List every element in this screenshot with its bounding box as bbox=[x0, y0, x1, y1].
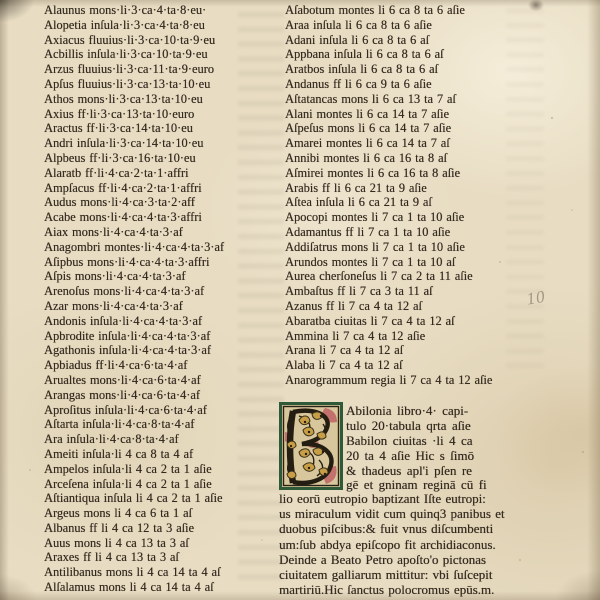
show-through-smudge-margin bbox=[506, 8, 544, 376]
index-entry: Agathonis inſula·li·4·ca·4·ta·3·af bbox=[44, 343, 260, 358]
index-entry: Arana li 7 ca 4 ta 12 aſ bbox=[285, 343, 510, 358]
index-entry: Arceſena inſula·li 4 ca 2 ta 1 aſie bbox=[44, 477, 260, 492]
index-entry: Arundos montes li 7 ca 1 ta 10 aſ bbox=[285, 255, 510, 270]
index-entry: Arabis ff li 6 ca 21 ta 9 aſie bbox=[285, 181, 510, 196]
index-entry: Aiax mons·li·4·ca·4·ta·3·af bbox=[44, 225, 260, 240]
index-column-left: Alaunus mons·li·3·ca·4·ta·8·eu·Alopetia … bbox=[44, 3, 260, 595]
index-entry: Aſtarta inſula·li·4·ca·8·ta·4·af bbox=[44, 417, 260, 432]
index-entry: Abaratba ciuitas li 7 ca 4 ta 12 aſ bbox=[285, 314, 510, 329]
index-entry: Arangas mons·li·4·ca·6·ta·4·af bbox=[44, 388, 260, 403]
index-entry: Ampelos inſula·li 4 ca 2 ta 1 aſie bbox=[44, 462, 260, 477]
index-entry: Aſmirei montes li 6 ca 16 ta 8 aſie bbox=[285, 166, 510, 181]
paragraph-line: lio eorū eutropio baptizant Iſte eutropi… bbox=[279, 491, 524, 506]
index-entry: Araa inſula li 6 ca 8 ta 6 aſie bbox=[285, 18, 510, 33]
index-entry: Azanus ff li 7 ca 4 ta 12 aſ bbox=[285, 299, 510, 314]
index-entry: Aſpis mons·li·4·ca·4·ta·3·af bbox=[44, 269, 260, 284]
index-entry: Aſipbus mons·li·4·ca·4·ta·3·affri bbox=[44, 255, 260, 270]
index-entry: Aſtiantiqua inſula li 4 ca 2 ta 1 aſie bbox=[44, 491, 260, 506]
index-entry: Aurea cherſoneſus li 7 ca 2 ta 11 aſie bbox=[285, 269, 510, 284]
index-entry: Alaunus mons·li·3·ca·4·ta·8·eu· bbox=[44, 3, 260, 18]
index-entry: Andanus ff li 6 ca 9 ta 6 aſie bbox=[285, 77, 510, 92]
paragraph-line: duobus piſcibus:& fuit vnus diſcumbenti bbox=[279, 521, 524, 536]
index-entry: Anagombri montes·li·4·ca·4·ta·3·af bbox=[44, 240, 260, 255]
index-entry: Arualtes mons·li·4·ca·6·ta·4·af bbox=[44, 373, 260, 388]
index-entry: Aſabotum montes li 6 ca 8 ta 6 aſie bbox=[285, 3, 510, 18]
index-entry: Aratbos inſula li 6 ca 8 ta 6 aſ bbox=[285, 62, 510, 77]
index-entry: Aſpeſus mons li 6 ca 14 ta 7 aſie bbox=[285, 121, 510, 136]
index-entry: Axiacus fluuius·li·3·ca·10·ta·9·eu bbox=[44, 33, 260, 48]
index-entry: Addiſatrus mons li 7 ca 1 ta 10 aſie bbox=[285, 240, 510, 255]
index-entry: Alſalamus mons li 4 ca 14 ta 4 aſ bbox=[44, 580, 260, 595]
index-entry: Alpbeus ff·li·3·ca·16·ta·10·eu bbox=[44, 151, 260, 166]
index-entry: Argeus mons li 4 ca 6 ta 1 aſ bbox=[44, 506, 260, 521]
index-entry: Adani inſula li 6 ca 8 ta 6 aſ bbox=[285, 33, 510, 48]
chapter-paragraph-body: lio eorū eutropio baptizant Iſte eutropi… bbox=[279, 491, 524, 597]
index-entry: Alaba li 7 ca 4 ta 12 aſ bbox=[285, 358, 510, 373]
index-entry: Andonis inſula·li·4·ca·4·ta·3·af bbox=[44, 314, 260, 329]
index-entry: Alaratb ff·li·4·ca·2·ta·1·affri bbox=[44, 166, 260, 181]
drop-cap-woodcut bbox=[279, 402, 343, 490]
index-entry: Audus mons·li·4·ca·3·ta·2·aff bbox=[44, 195, 260, 210]
index-entry: Aſtea inſula li 6 ca 21 ta 9 aſ bbox=[285, 195, 510, 210]
paragraph-line: ciuitatem galliarum mittitur: vbi ſuſcep… bbox=[279, 567, 524, 582]
index-entry: Arenoſus mons·li·4·ca·4·ta·3·af bbox=[44, 284, 260, 299]
paragraph-line: tulo 20·tabula qrta aſie bbox=[346, 419, 522, 434]
handwritten-folio-number: 10 bbox=[525, 285, 563, 316]
index-entry: Apbrodite inſula·li·4·ca·4·ta·3·af bbox=[44, 329, 260, 344]
index-column-right: Aſabotum montes li 6 ca 8 ta 6 aſieAraa … bbox=[285, 3, 510, 388]
index-entry: Ammina li 7 ca 4 ta 12 aſie bbox=[285, 329, 510, 344]
paragraph-line: um:ſub abdya epiſcopo fit archidiaconus. bbox=[279, 537, 524, 552]
woodcut-initial-b-icon bbox=[279, 402, 343, 490]
index-entry: Andri inſula·li·3·ca·14·ta·10·eu bbox=[44, 136, 260, 151]
paragraph-line: & thadeus apl'i pſen re bbox=[346, 464, 522, 479]
index-entry: Auus mons li 4 ca 13 ta 3 aſ bbox=[44, 536, 260, 551]
page-scan: Alaunus mons·li·3·ca·4·ta·8·eu·Alopetia … bbox=[0, 0, 600, 600]
index-entry: Athos mons·li·3·ca·13·ta·10·eu bbox=[44, 92, 260, 107]
index-entry: Albanus ff li 4 ca 12 ta 3 aſie bbox=[44, 521, 260, 536]
index-entry: Aractus ff·li·3·ca·14·ta·10·eu bbox=[44, 121, 260, 136]
index-entry: Apſus fluuius·li·3·ca·13·ta·10·eu bbox=[44, 77, 260, 92]
index-entry: Acabe mons·li·4·ca·4·ta·3·affri bbox=[44, 210, 260, 225]
index-entry: Adamantus ff li 7 ca 1 ta 10 aſie bbox=[285, 225, 510, 240]
paragraph-line: martiriū.Hic ſanctus polocromus epūs.m. bbox=[279, 582, 524, 597]
index-entry: Apbiadus ff·li·4·ca·6·ta·4·af bbox=[44, 358, 260, 373]
index-entry: Amarei montes li 6 ca 14 ta 7 aſ bbox=[285, 136, 510, 151]
index-entry: Acbillis inſula·li·3·ca·10·ta·9·eu bbox=[44, 47, 260, 62]
index-entry: Ara inſula·li·4·ca·8·ta·4·af bbox=[44, 432, 260, 447]
paragraph-line: Babilon ciuitas ·li 4 ca bbox=[346, 434, 522, 449]
index-entry: Alani montes li 6 ca 14 ta 7 aſie bbox=[285, 107, 510, 122]
paragraph-line: Abilonia libro·4· capi- bbox=[346, 404, 522, 419]
index-entry: Azar mons·li·4·ca·4·ta·3·af bbox=[44, 299, 260, 314]
index-entry: Aſtatancas mons li 6 ca 13 ta 7 aſ bbox=[285, 92, 510, 107]
index-entry: Ameiti inſula·li 4 ca 8 ta 4 af bbox=[44, 447, 260, 462]
index-entry: Araxes ff li 4 ca 13 ta 3 aſ bbox=[44, 550, 260, 565]
index-entry: Anarogrammum regia li 7 ca 4 ta 12 aſie bbox=[285, 373, 510, 388]
index-entry: Antilibanus mons li 4 ca 14 ta 4 aſ bbox=[44, 565, 260, 580]
index-entry: Annibi montes li 6 ca 16 ta 8 aſ bbox=[285, 151, 510, 166]
paragraph-line: Deinde a Beato Petro apoſto'o pictonas bbox=[279, 552, 524, 567]
index-entry: Axius ff·li·3·ca·13·ta·10·euro bbox=[44, 107, 260, 122]
index-entry: Alopetia inſula·li·3·ca·4·ta·8·eu bbox=[44, 18, 260, 33]
index-entry: Ampſacus ff·li·4·ca·2·ta·1·affri bbox=[44, 181, 260, 196]
index-entry: Appbana inſula li 6 ca 8 ta 6 aſ bbox=[285, 47, 510, 62]
index-entry: Aproſitus inſula·li·4·ca·6·ta·4·af bbox=[44, 403, 260, 418]
paragraph-line: 20 ta 4 aſie Hic s ſimō bbox=[346, 449, 522, 464]
index-entry: Ambaſtus ff li 7 ca 3 ta 11 aſ bbox=[285, 284, 510, 299]
chapter-paragraph-beside-initial: Abilonia libro·4· capi-tulo 20·tabula qr… bbox=[346, 404, 522, 493]
index-entry: Apocopi montes li 7 ca 1 ta 10 aſie bbox=[285, 210, 510, 225]
paragraph-line: us miraculum vidit cum quinq3 panibus et bbox=[279, 506, 524, 521]
index-entry: Arzus fluuius·li·3·ca·11·ta·9·euro bbox=[44, 62, 260, 77]
